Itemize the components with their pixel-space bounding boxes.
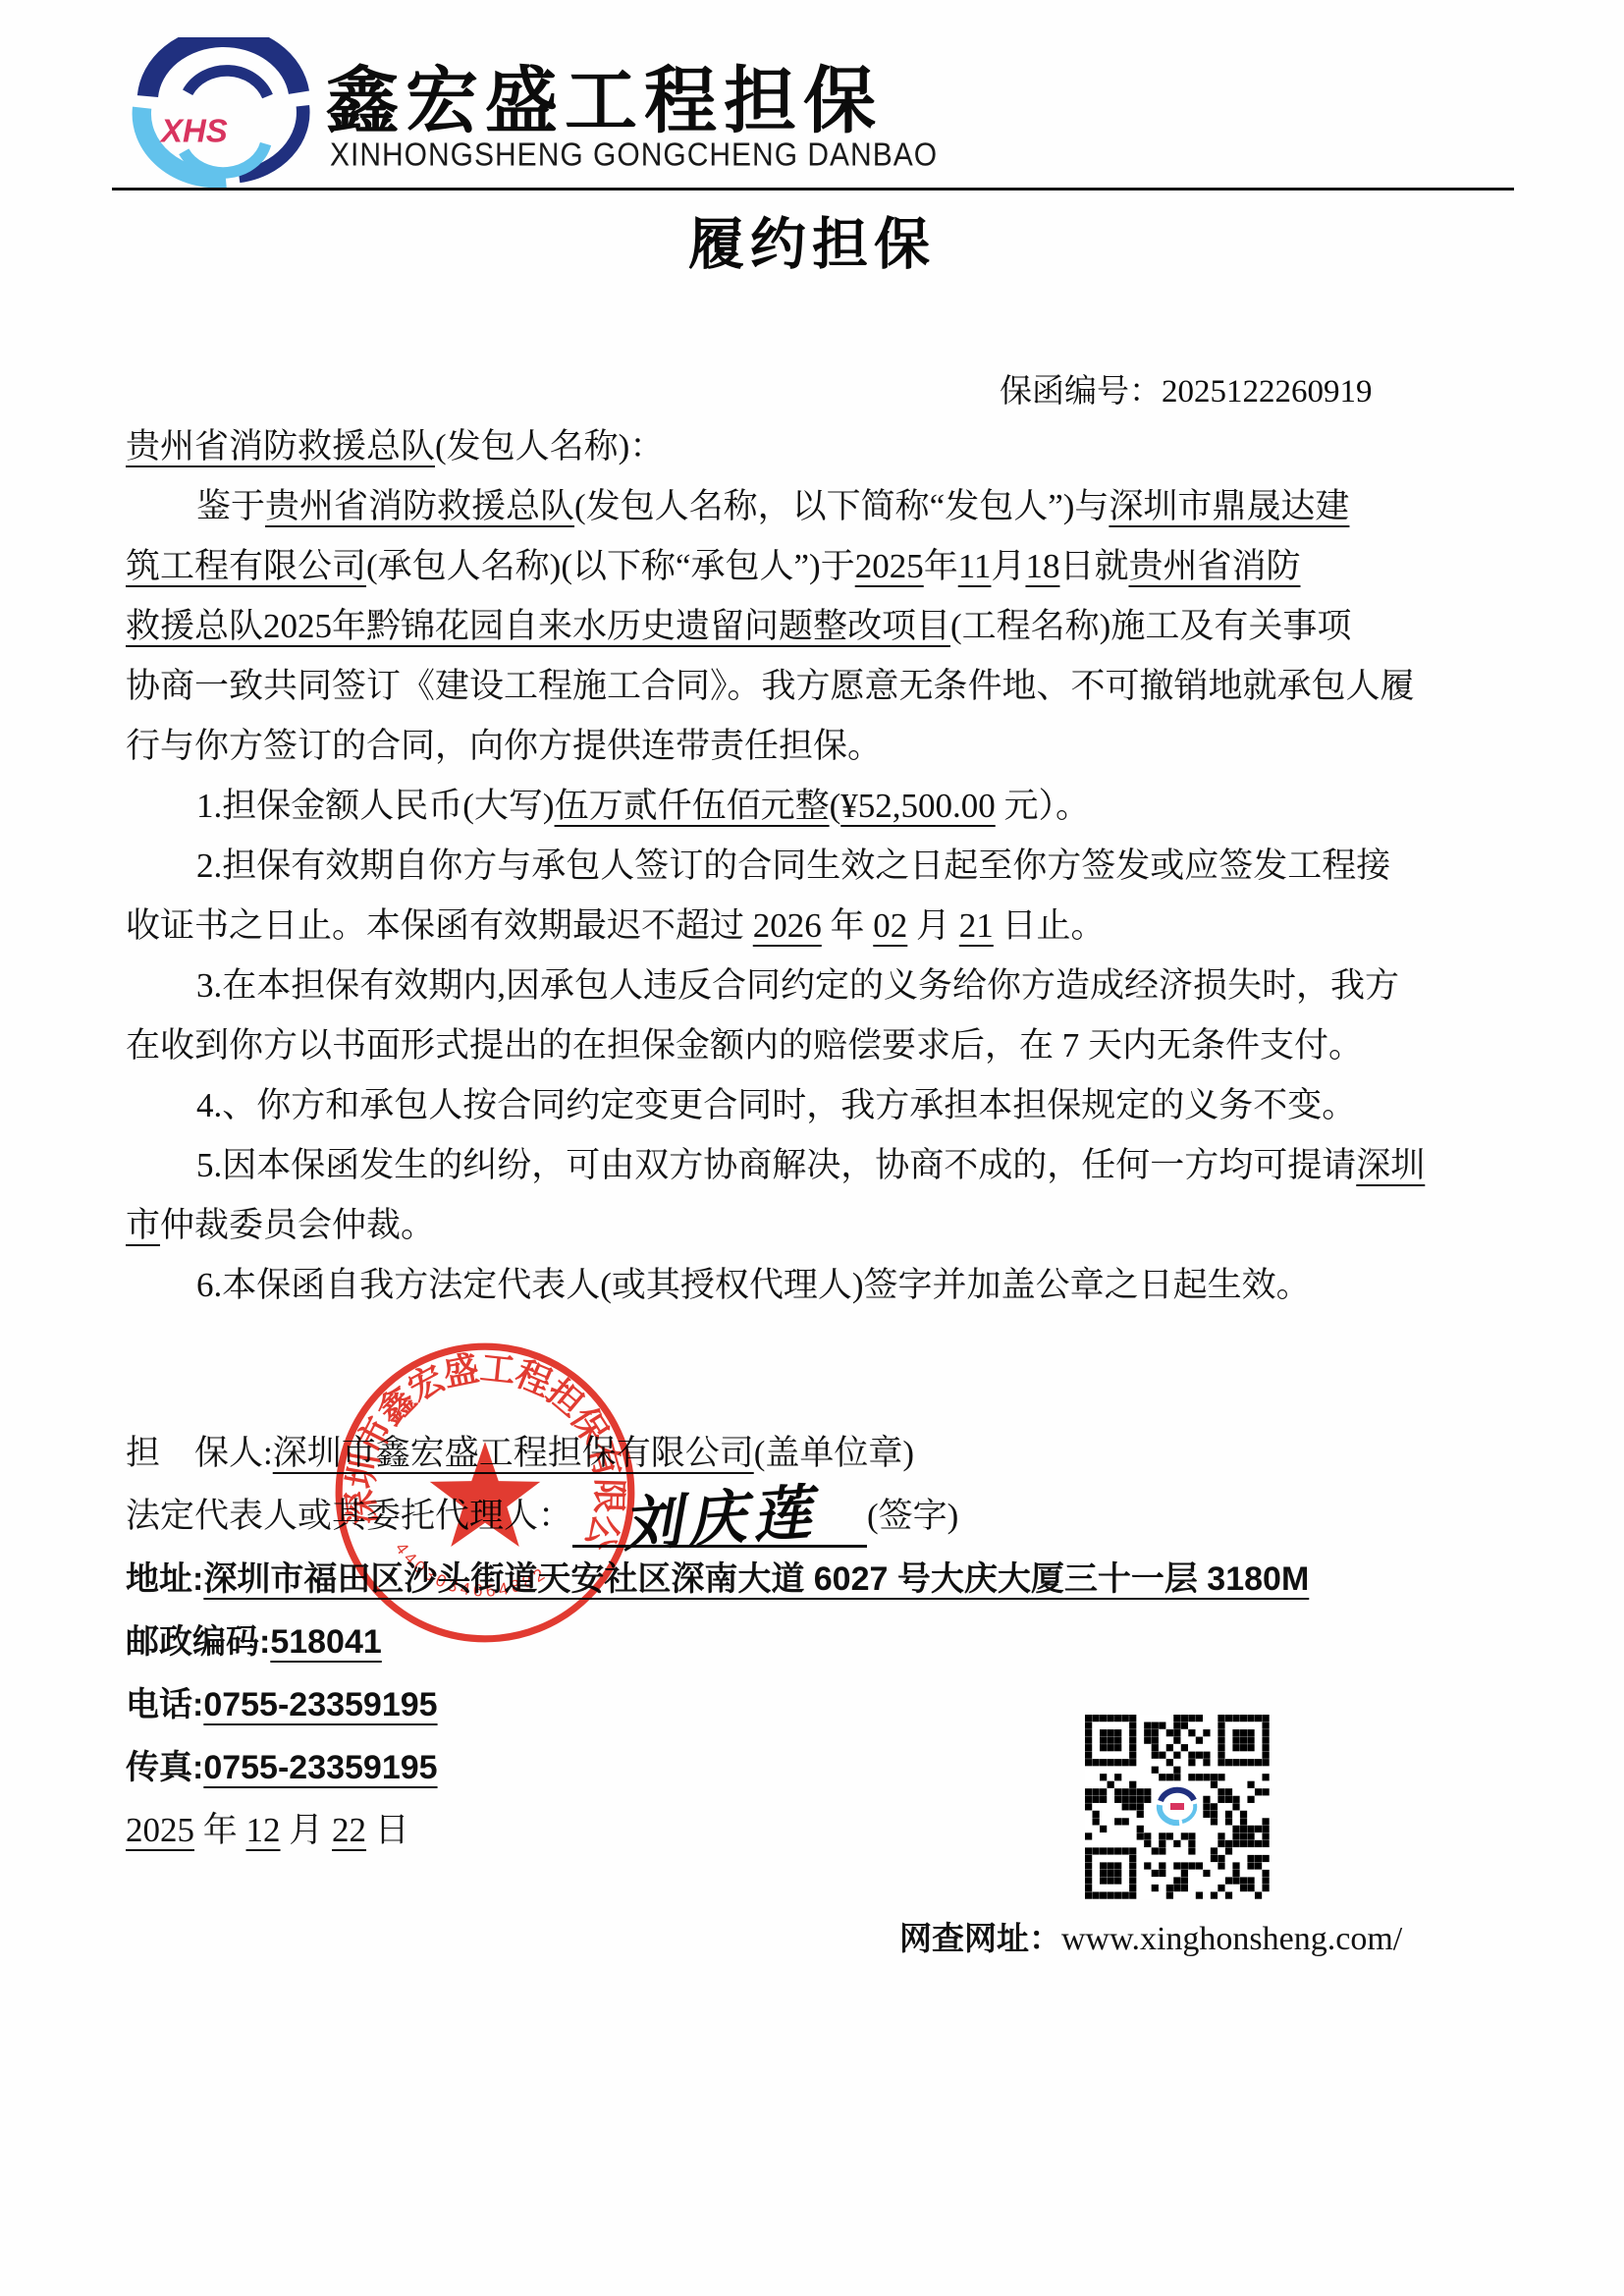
text-line: 电话:0755-23359195 [126,1673,1510,1736]
text-line: 鉴于贵州省消防救援总队(发包人名称，以下简称“发包人”)与深圳市鼎晟达建 [126,476,1510,536]
text-line: 1.担保金额人民币(大写)伍万贰仟伍佰元整(¥52,500.00 元）。 [126,776,1510,836]
text-line: 筑工程有限公司(承包人名称)(以下称“承包人”)于2025年11月18日就贵州省… [126,536,1510,596]
qr-center-logo [1152,1781,1203,1832]
text-line: 收证书之日止。本保函有效期最迟不超过 2026 年 02 月 21 日止。 [126,896,1510,956]
text-line: 6.本保函自我方法定代表人(或其授权代理人)签字并加盖公章之日起生效。 [126,1255,1510,1315]
text-line: 5.因本保函发生的纠纷，可由双方协商解决，协商不成的，任何一方均可提请深圳 [126,1135,1510,1195]
body-text: 贵州省消防救援总队(发包人名称)：鉴于贵州省消防救援总队(发包人名称，以下简称“… [126,416,1510,1315]
verify-url-label: 网查网址： [899,1920,1061,1956]
text-line: 行与你方签订的合同，向你方提供连带责任担保。 [126,716,1510,776]
brand-name: 鑫宏盛工程担保 [326,43,883,147]
text-line: 2025 年 12 月 22 日 [126,1799,1510,1862]
header-divider [112,188,1514,191]
text-line: 传真:0755-23359195 [126,1736,1510,1799]
text-line: 在收到你方以书面形式提出的在担保金额内的赔偿要求后，在 7 天内无条件支付。 [126,1015,1510,1075]
sign-suffix: (签字) [867,1497,958,1535]
verify-url-line: 网查网址：www.xinghonsheng.com/ [899,1913,1402,1959]
text-line: 3.在本担保有效期内,因承包人违反合同约定的义务给你方造成经济损失时，我方 [126,956,1510,1015]
contact-lines: 地址:深圳市福田区沙头街道天安社区深南大道 6027 号大庆大厦三十一层 318… [126,1548,1510,1862]
text-line: 邮政编码:518041 [126,1611,1510,1673]
closing-block: 担 保人:深圳市鑫宏盛工程担保有限公司(盖单位章) 法定代表人或其委托代理人：刘… [126,1422,1510,1862]
qr-code [1085,1715,1270,1899]
text-line: 4.、你方和承包人按合同约定变更合同时，我方承担本担保规定的义务不变。 [126,1075,1510,1135]
document-title: 履约担保 [0,199,1624,280]
text-line: 地址:深圳市福田区沙头街道天安社区深南大道 6027 号大庆大厦三十一层 318… [126,1548,1510,1611]
verify-url: www.xinghonsheng.com/ [1061,1921,1402,1957]
company-logo: XHS [124,37,320,190]
brand-subtitle: XINHONGSHENG GONGCHENG DANBAO [330,137,938,174]
guarantee-number: 保函编号：2025122260919 [1000,365,1373,411]
signature-line: 刘庆莲 [572,1488,867,1548]
text-line: 市仲裁委员会仲裁。 [126,1195,1510,1255]
guarantor-line: 担 保人:深圳市鑫宏盛工程担保有限公司(盖单位章) [126,1422,1510,1485]
text-line: 担 保人:深圳市鑫宏盛工程担保有限公司(盖单位章) [126,1422,1510,1485]
text-line: 贵州省消防救援总队(发包人名称)： [126,416,1510,476]
legal-representative-row: 法定代表人或其委托代理人：刘庆莲(签字) [126,1485,1510,1548]
logo-initials: XHS [159,113,228,149]
text-line: 救援总队2025年黔锦花园自来水历史遗留问题整改项目(工程名称)施工及有关事项 [126,596,1510,656]
text-line: 2.担保有效期自你方与承包人签订的合同生效之日起至你方签发或应签发工程接 [126,836,1510,896]
text-line: 协商一致共同签订《建设工程施工合同》。我方愿意无条件地、不可撤销地就承包人履 [126,656,1510,716]
legal-representative-label: 法定代表人或其委托代理人： [126,1497,572,1535]
document-page: XHS 鑫宏盛工程担保 XINHONGSHENG GONGCHENG DANBA… [0,0,1624,2296]
